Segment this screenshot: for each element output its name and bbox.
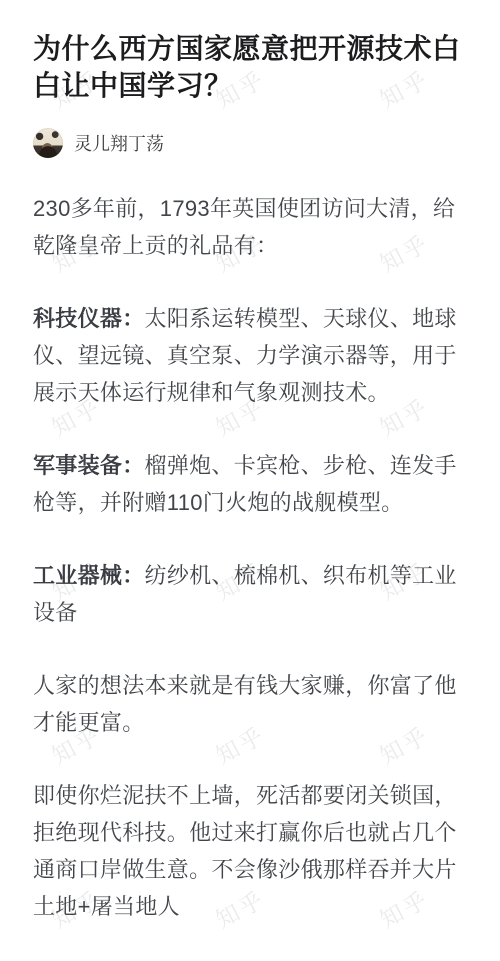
author-row[interactable]: 灵儿翔丁荡 bbox=[33, 128, 467, 158]
paragraph: 科技仪器：太阳系运转模型、天球仪、地球仪、望远镜、真空泵、力学演示器等，用于展示… bbox=[33, 300, 467, 411]
author-avatar[interactable] bbox=[33, 128, 63, 158]
paragraph: 230多年前，1793年英国使团访问大清，给乾隆皇帝上贡的礼品有： bbox=[33, 190, 467, 264]
paragraph: 工业器械：纺纱机、梳棉机、织布机等工业设备 bbox=[33, 557, 467, 631]
paragraph-label: 军事装备： bbox=[33, 453, 145, 478]
paragraph-label: 工业器械： bbox=[33, 563, 145, 588]
author-name[interactable]: 灵儿翔丁荡 bbox=[74, 130, 164, 156]
article-body: 230多年前，1793年英国使团访问大清，给乾隆皇帝上贡的礼品有：科技仪器：太阳… bbox=[33, 190, 467, 925]
paragraph: 人家的想法本来就是有钱大家赚，你富了他才能更富。 bbox=[33, 667, 467, 741]
question-title[interactable]: 为什么西方国家愿意把开源技术白白让中国学习？ bbox=[33, 30, 467, 104]
paragraph-label: 科技仪器： bbox=[33, 306, 145, 331]
zhihu-article-page: { "title": "为什么西方国家愿意把开源技术白白让中国学习？", "au… bbox=[0, 0, 500, 961]
paragraph: 即使你烂泥扶不上墙，死活都要闭关锁国，拒绝现代科技。他过来打赢你后也就占几个通商… bbox=[33, 777, 467, 925]
paragraph: 军事装备：榴弹炮、卡宾枪、步枪、连发手枪等，并附赠110门火炮的战舰模型。 bbox=[33, 447, 467, 521]
article: 为什么西方国家愿意把开源技术白白让中国学习？ 灵儿翔丁荡 230多年前，1793… bbox=[0, 0, 500, 925]
